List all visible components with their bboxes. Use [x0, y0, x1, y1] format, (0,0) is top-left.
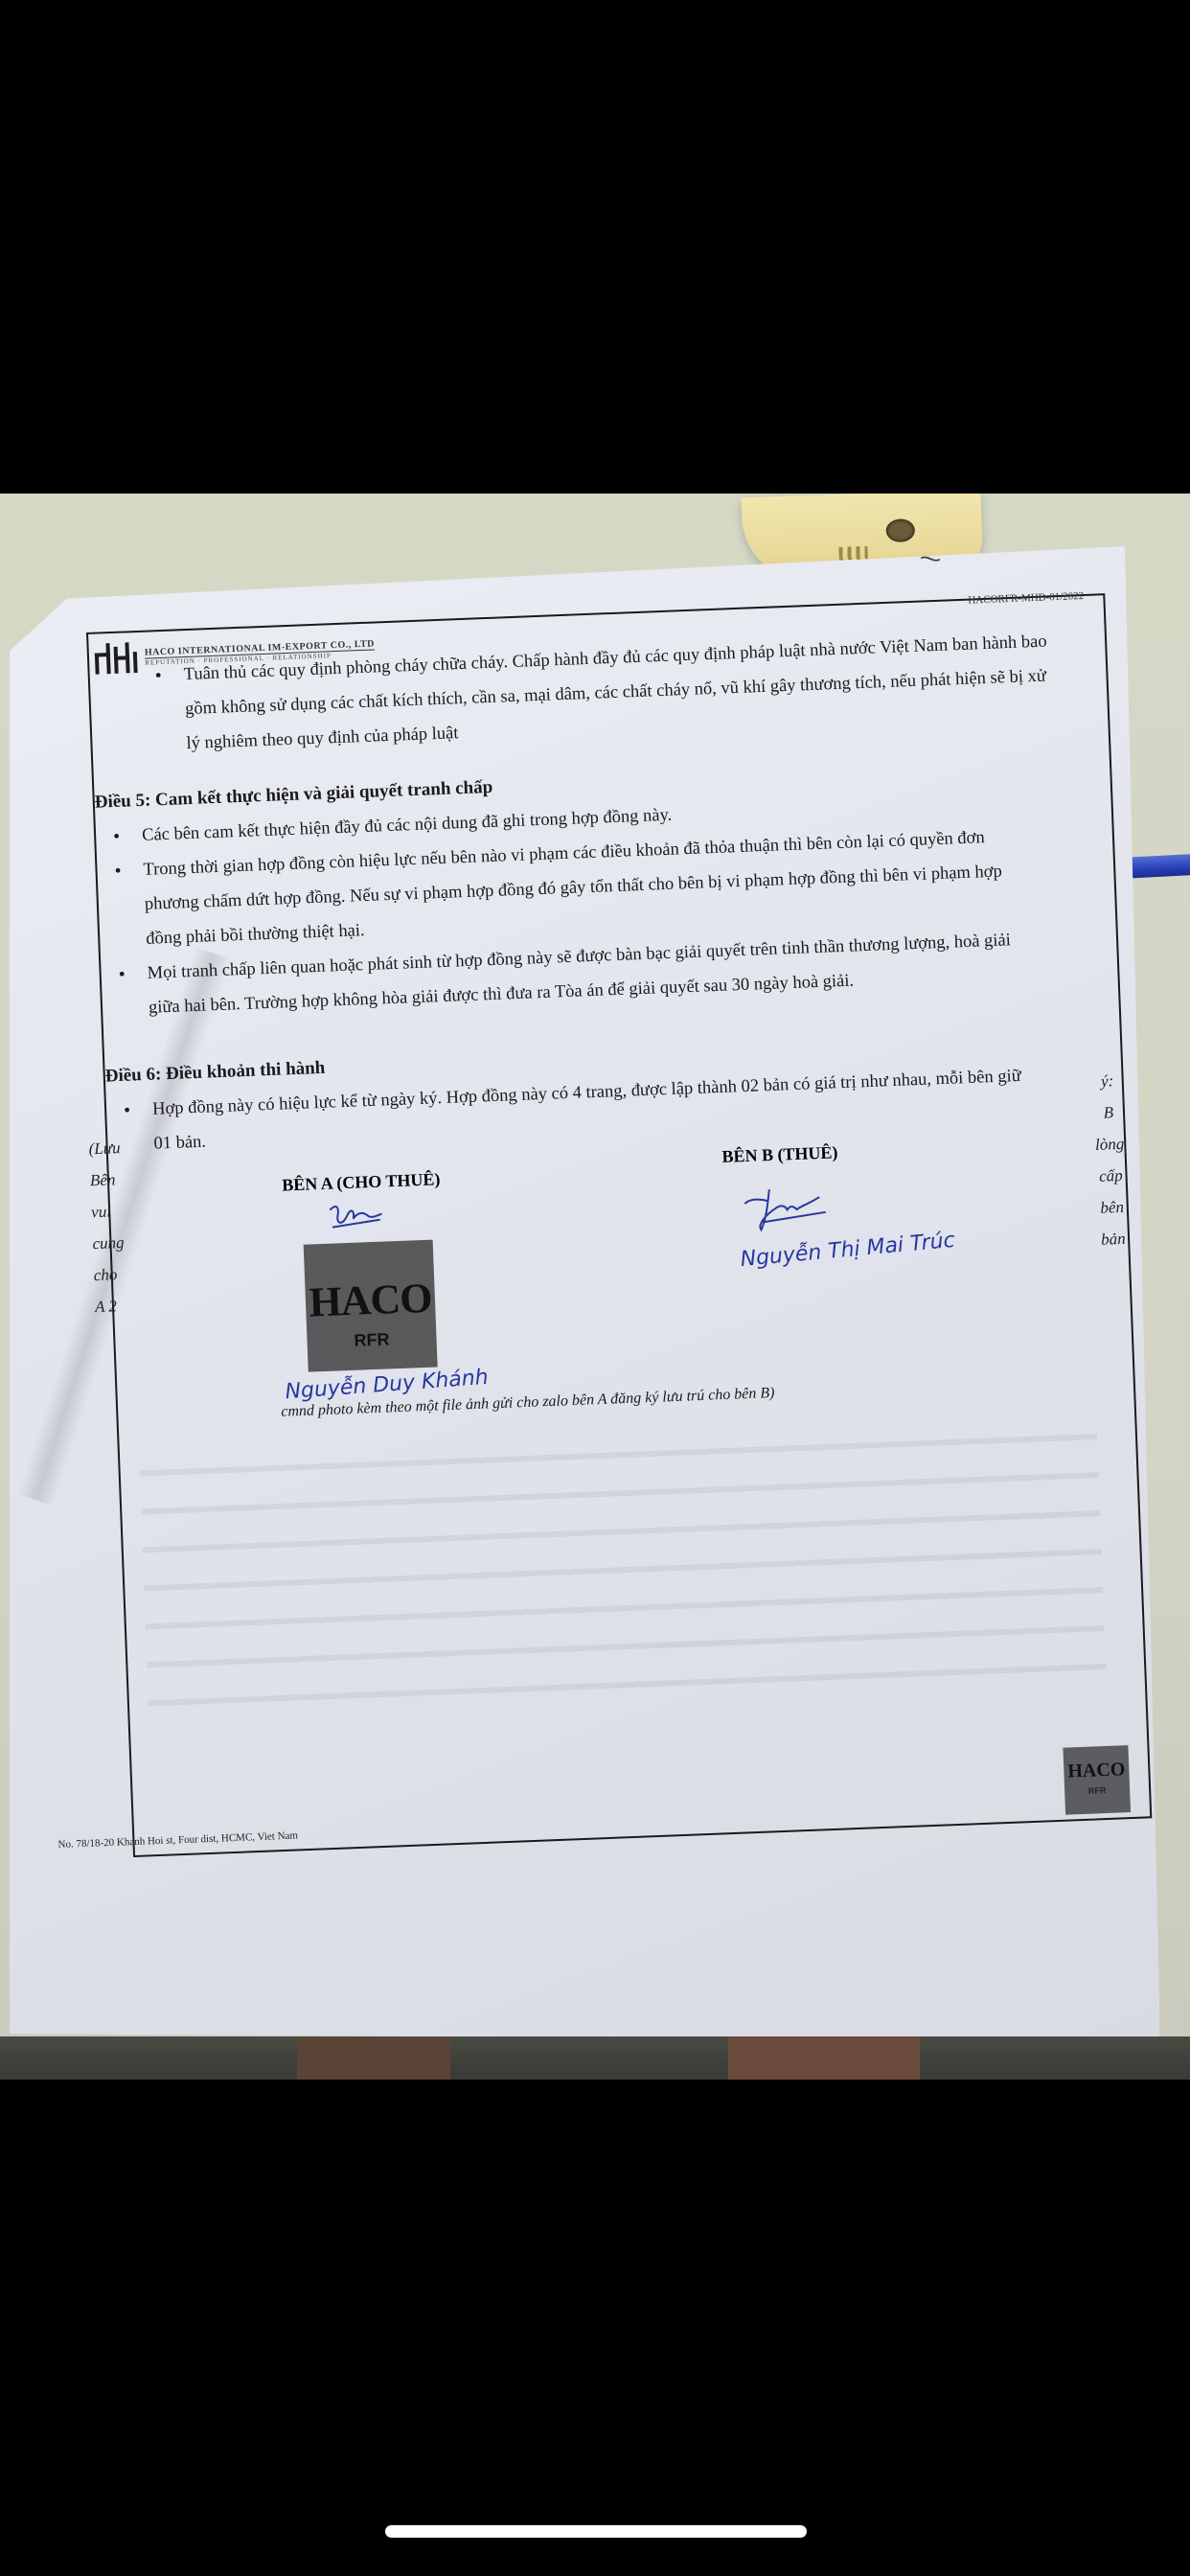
home-indicator[interactable]: [385, 2525, 807, 2538]
party-b-label: BÊN B (THUÊ): [721, 1142, 838, 1167]
footer-stamp: HACO RFR: [1063, 1745, 1131, 1815]
contract-body: Tuân thủ các quy định phòng cháy chữa ch…: [89, 623, 1104, 1163]
left-margin-note: (Lưu Bên vui cung cho A 2: [88, 1132, 127, 1322]
party-a-label: BÊN A (CHO THUÊ): [282, 1169, 441, 1195]
document-photo: ⁓ HACO INTERNATIONAL IM-EXPORT CO., LTD …: [0, 494, 1190, 2080]
party-b-signature-icon: [743, 1184, 831, 1234]
page-border: HACO INTERNATIONAL IM-EXPORT CO., LTD RE…: [86, 593, 1152, 1857]
bleed-through-text: [139, 1411, 1107, 1715]
sharpener-hole: [885, 518, 915, 542]
party-a-signature-icon: [326, 1201, 384, 1231]
right-margin-note: ý: B lòng cấp bên bản: [1092, 1065, 1129, 1255]
party-b-handwritten-name: Nguyễn Thị Mai Trúc: [740, 1229, 956, 1272]
background-floor: [0, 2036, 1190, 2080]
company-stamp: HACO RFR: [304, 1240, 438, 1372]
